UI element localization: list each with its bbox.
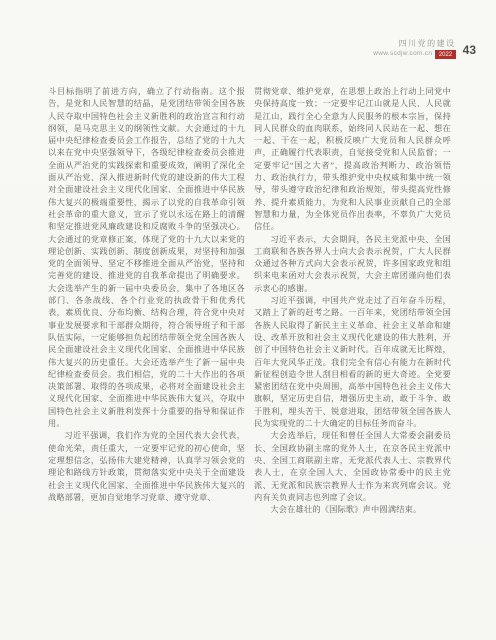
article-paragraph: 习近平表示，大会期间，各民主党派中央、全国工商联和各族各界人士向大会表示祝贺，广… xyxy=(254,234,451,295)
article-paragraph: 大会在雄壮的《国际歌》声中圆满结束。 xyxy=(254,504,451,516)
magazine-page: 四川党的建设 www.scdjw.com.cn 2022 43 斗目标指明了前进… xyxy=(0,0,496,640)
article-body: 斗目标指明了前进方向，确立了行动指南。这个报告，是党和人民智慧的结晶，是党团结带… xyxy=(48,86,451,516)
magazine-website: www.scdjw.com.cn xyxy=(373,51,432,58)
magazine-name: 四川党的建设 xyxy=(399,40,456,48)
issue-year-badge: 2022 xyxy=(435,50,455,59)
website-row: www.scdjw.com.cn 2022 xyxy=(373,50,455,59)
article-paragraph: 斗目标指明了前进方向，确立了行动指南。这个报告，是党和人民智慧的结晶，是党团结带… xyxy=(48,86,245,430)
left-column: 斗目标指明了前进方向，确立了行动指南。这个报告，是党和人民智慧的结晶，是党团结带… xyxy=(48,86,245,516)
article-paragraph: 习近平强调，中国共产党走过了百年奋斗历程，又踏上了新的赶考之路。一百年来，党团结… xyxy=(254,295,451,430)
page-header: 四川党的建设 www.scdjw.com.cn 2022 43 xyxy=(373,40,476,59)
article-paragraph: 贯彻党章、维护党章，在思想上政治上行动上同党中央保持高度一致；一定要牢记江山就是… xyxy=(254,86,451,234)
page-number: 43 xyxy=(463,43,476,57)
masthead-block: 四川党的建设 www.scdjw.com.cn 2022 xyxy=(373,40,455,59)
article-paragraph: 习近平强调，我们作为党的全国代表大会代表，使命光荣，责任重大，一定要牢记党的初心… xyxy=(48,430,245,504)
article-paragraph: 大会选举后，现任和曾任全国人大常委会副委员长、全国政协副主席的党外人士，在京各民… xyxy=(254,430,451,504)
right-column: 贯彻党章、维护党章，在思想上政治上行动上同党中央保持高度一致；一定要牢记江山就是… xyxy=(254,86,451,516)
